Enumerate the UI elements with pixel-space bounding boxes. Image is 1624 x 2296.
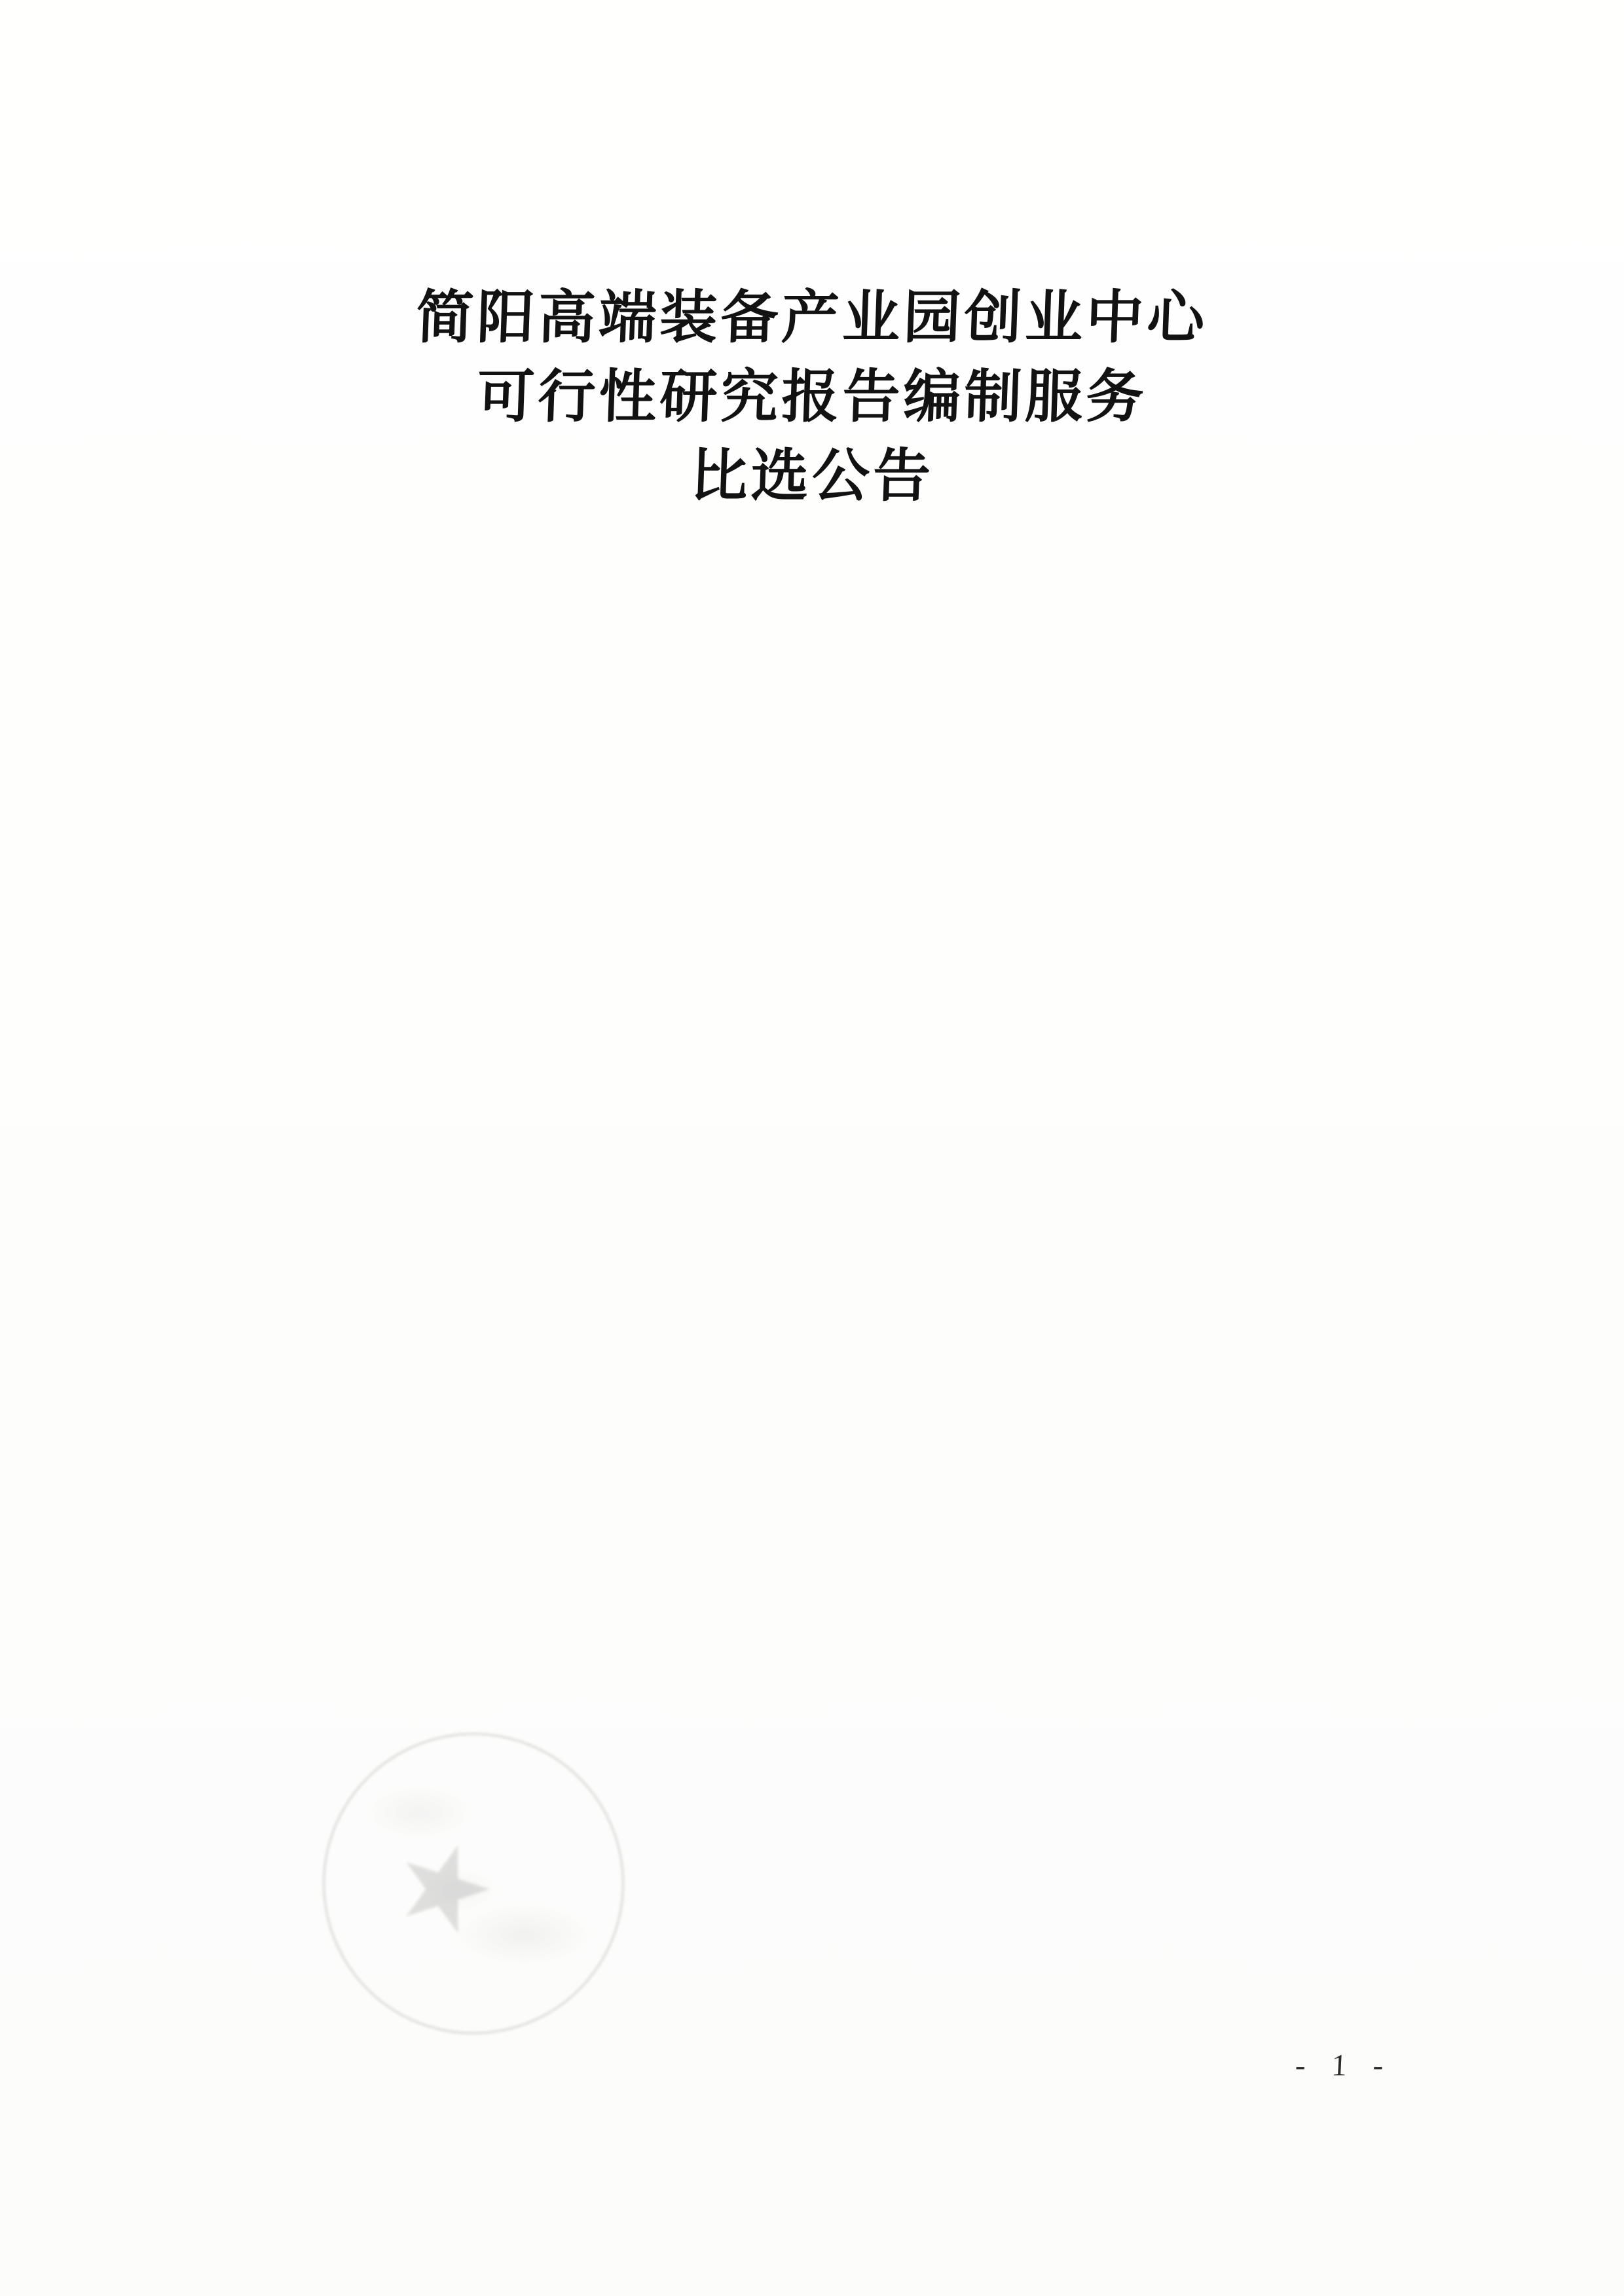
document-page: ★ 简阳高端装备产业园创业中心 可行性研究报告编制服务 比选公告 - 1 - [0,0,1624,2296]
page-number: - 1 - [1295,2048,1393,2083]
title-line-1: 简阳高端装备产业园创业中心 [0,278,1624,357]
title-line-3: 比选公告 [0,436,1624,515]
title-line-2: 可行性研究报告编制服务 [0,357,1624,436]
document-title: 简阳高端装备产业园创业中心 可行性研究报告编制服务 比选公告 [0,278,1624,515]
